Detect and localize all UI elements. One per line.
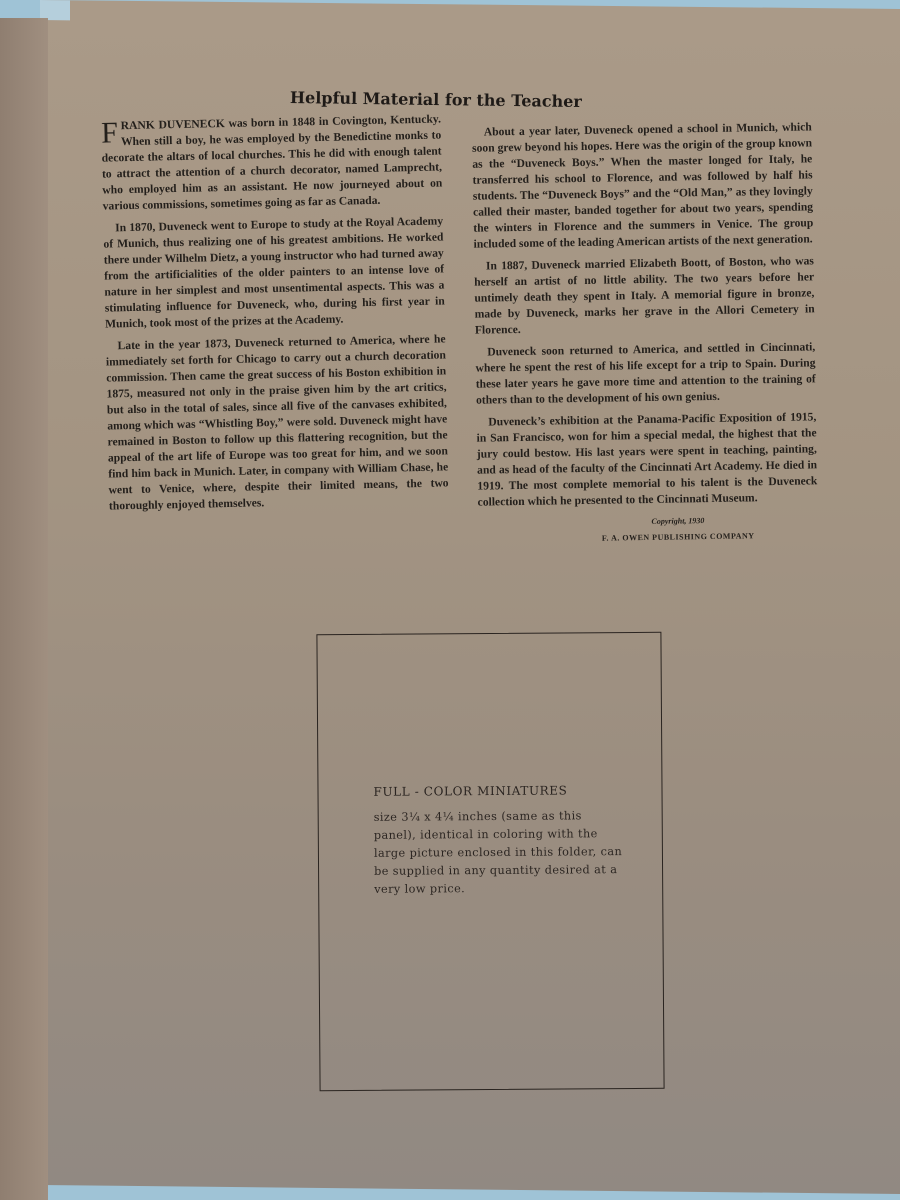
paragraph-3: Late in the year 1873, Duveneck returned… [105,331,449,514]
paragraph-4: About a year later, Duveneck opened a sc… [472,119,814,252]
drop-cap: F [101,120,118,146]
paragraph-1: FRANK DUVENECK was born in 1848 in Covin… [101,111,443,214]
panel-body: size 3¼ x 4¼ inches (same as this panel)… [374,807,625,899]
paragraph-5: In 1887, Duveneck married Elizabeth Boot… [474,253,815,338]
paragraph-6: Duveneck soon returned to America, and s… [475,339,816,408]
page-title: Helpful Material for the Teacher [290,88,582,111]
panel-text: FULL - COLOR MINIATURES size 3¼ x 4¼ inc… [373,783,624,899]
paragraph-7: Duveneck’s exhibition at the Panama-Paci… [476,409,817,510]
miniatures-panel: FULL - COLOR MINIATURES size 3¼ x 4¼ inc… [316,632,664,1091]
left-column: FRANK DUVENECK was born in 1848 in Covin… [101,111,449,520]
folder-flap [0,18,48,1200]
paragraph-2: In 1870, Duveneck went to Europe to stud… [103,213,445,332]
right-column: About a year later, Duveneck opened a sc… [472,119,819,548]
panel-heading: FULL - COLOR MINIATURES [373,783,623,799]
